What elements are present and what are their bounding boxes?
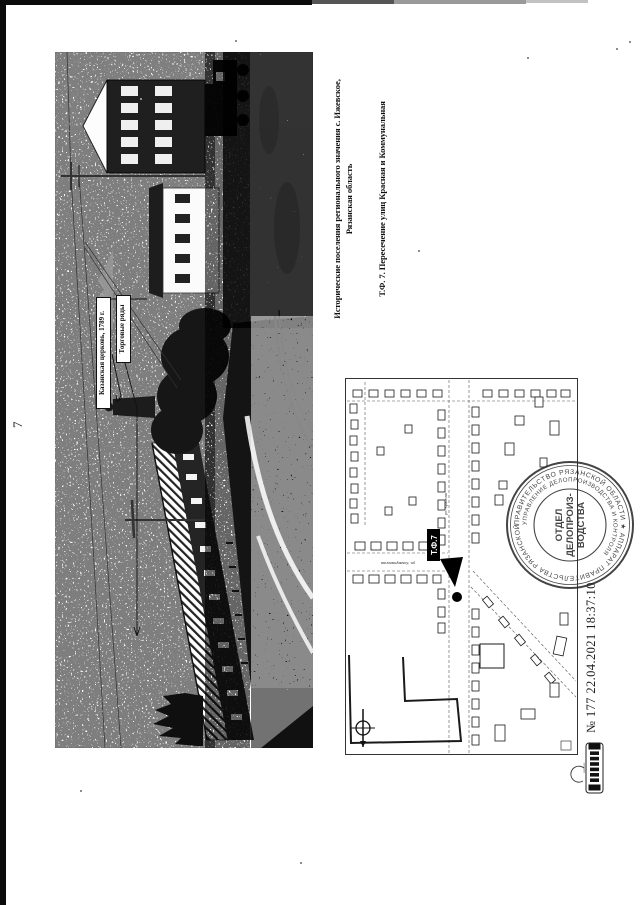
scan-edge-top-4 bbox=[526, 0, 588, 3]
office-stamp: ПРАВИТЕЛЬСТВО РЯЗАНСКОЙ ОБЛАСТИ ★ АППАРА… bbox=[495, 450, 640, 600]
stamp-drawing: ПРАВИТЕЛЬСТВО РЯЗАНСКОЙ ОБЛАСТИ ★ АППАРА… bbox=[495, 450, 640, 600]
scan-edge-top bbox=[0, 0, 312, 5]
dust-speck bbox=[527, 57, 529, 59]
scanned-document-page: { "page": { "number": "7", "caption": { … bbox=[0, 0, 640, 905]
scan-edge-top-2 bbox=[312, 0, 394, 4]
emblem-caption: ▪▪▪▪▪▪▪▪▪▪ bbox=[582, 763, 586, 774]
registration-number: № 177 22.04.2021 18:37:10 bbox=[584, 582, 599, 733]
dust-speck bbox=[300, 862, 302, 864]
photo-caption: Исторические поселения регионального зна… bbox=[331, 76, 388, 322]
scan-edge-left bbox=[0, 0, 6, 905]
emblem-marks bbox=[589, 744, 601, 791]
photo-scene bbox=[55, 52, 313, 748]
foreground-road bbox=[205, 52, 313, 748]
rotated-page-stage: 7 bbox=[0, 0, 640, 905]
right-building bbox=[83, 80, 205, 173]
caption-line-2: Рязанская область bbox=[343, 76, 355, 322]
dust-speck bbox=[616, 48, 618, 50]
street-label-main: ул. Красная bbox=[443, 493, 448, 515]
stamp-center-line-2: ДЕЛОПРОИЗ- bbox=[565, 493, 576, 557]
dust-speck bbox=[80, 790, 82, 792]
scan-edge-top-3 bbox=[394, 0, 526, 4]
dust-speck bbox=[629, 41, 631, 43]
dust-speck bbox=[418, 250, 420, 252]
dust-speck bbox=[140, 98, 142, 100]
photo-label-trading-rows: Торговые ряды bbox=[116, 295, 131, 363]
caption-line-3: Т.Ф. 7. Пересечение улиц Красная и Комму… bbox=[376, 76, 388, 322]
caption-line-1: Исторические поселения регионального зна… bbox=[331, 76, 343, 322]
dust-speck bbox=[235, 40, 237, 42]
stamp-center-line-3: ВОДСТВА bbox=[576, 502, 587, 548]
photo-label-church: Казанская церковь, 1789 г. bbox=[96, 297, 111, 409]
photo-figure: Казанская церковь, 1789 г. Торговые ряды bbox=[55, 52, 313, 748]
emblem-drawing: ▪▪▪▪▪▪▪▪▪▪ bbox=[559, 739, 612, 795]
page-number: 7 bbox=[10, 422, 26, 429]
map-marker-label: Т.Ф.7 bbox=[430, 535, 439, 555]
street-label-cross: ул. Коммунальная bbox=[381, 561, 415, 566]
government-emblem: ▪▪▪▪▪▪▪▪▪▪ bbox=[559, 739, 612, 795]
stamp-center-line-1: ОТДЕЛ bbox=[554, 508, 565, 541]
map-church-marker bbox=[452, 592, 462, 602]
